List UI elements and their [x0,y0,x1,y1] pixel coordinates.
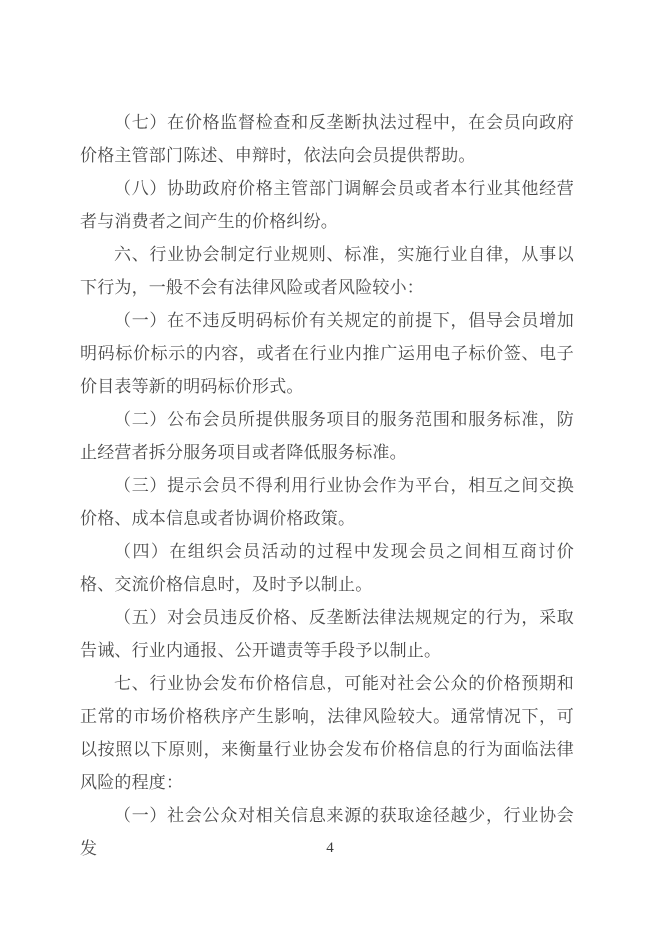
paragraph: （二）公布会员所提供服务项目的服务范围和服务标准，防止经营者拆分服务项目或者降低… [80,403,574,469]
paragraph: （四）在组织会员活动的过程中发现会员之间相互商讨价格、交流价格信息时，及时予以制… [80,535,574,601]
paragraph: 七、行业协会发布价格信息，可能对社会公众的价格预期和正常的市场价格秩序产生影响，… [80,667,574,799]
paragraph: （八）协助政府价格主管部门调解会员或者本行业其他经营者与消费者之间产生的价格纠纷… [80,172,574,238]
paragraph: （三）提示会员不得利用行业协会作为平台，相互之间交换价格、成本信息或者协调价格政… [80,469,574,535]
paragraph: 六、行业协会制定行业规则、标准，实施行业自律，从事以下行为，一般不会有法律风险或… [80,238,574,304]
page-number: 4 [0,838,660,858]
paragraph: （七）在价格监督检查和反垄断执法过程中，在会员向政府价格主管部门陈述、申辩时，依… [80,106,574,172]
document-body: （七）在价格监督检查和反垄断执法过程中，在会员向政府价格主管部门陈述、申辩时，依… [80,106,574,865]
document-page: （七）在价格监督检查和反垄断执法过程中，在会员向政府价格主管部门陈述、申辩时，依… [0,0,660,935]
paragraph: （五）对会员违反价格、反垄断法律法规规定的行为，采取告诫、行业内通报、公开谴责等… [80,601,574,667]
paragraph: （一）在不违反明码标价有关规定的前提下，倡导会员增加明码标价标示的内容，或者在行… [80,304,574,403]
